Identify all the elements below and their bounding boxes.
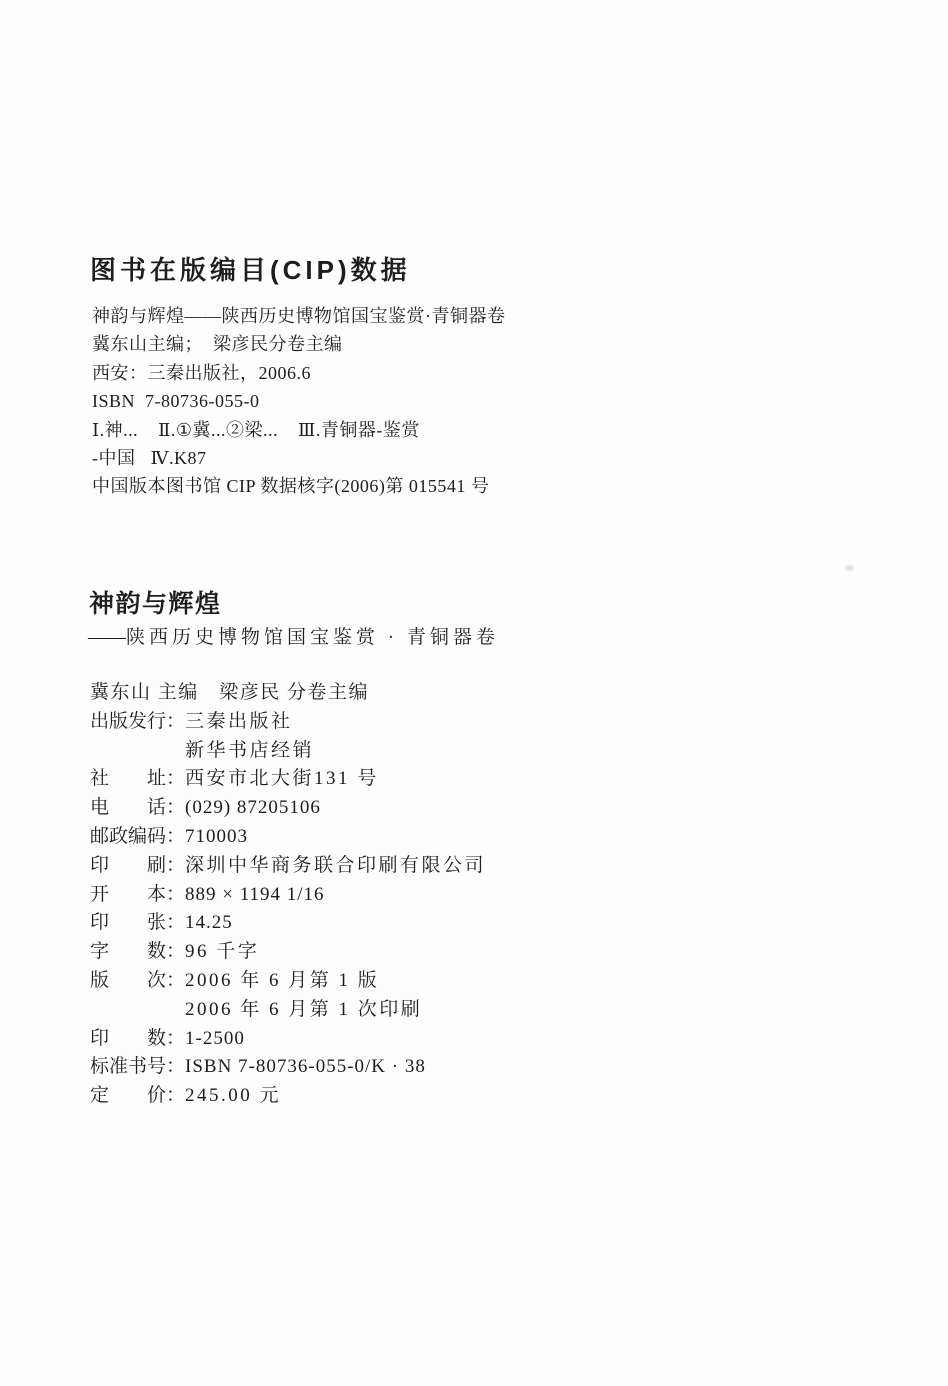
colophon-row: 新华书店经销 <box>90 737 486 766</box>
cip-line: 冀东山主编； 梁彦民分卷主编 <box>92 330 506 358</box>
colophon-row-colon: ： <box>166 967 185 996</box>
colophon-row-colon: ： <box>166 1082 185 1111</box>
colophon-row-value: 西安市北大街131 号 <box>185 768 379 789</box>
colophon-row-label: 版次 <box>90 967 166 996</box>
colophon-row-label: 印数 <box>90 1025 166 1054</box>
editors-line: 冀东山 主编 梁彦民 分卷主编 <box>90 679 486 708</box>
colophon-row-colon: ： <box>166 708 185 737</box>
colophon-row-value: 深圳中华商务联合印刷有限公司 <box>185 855 486 876</box>
colophon-row-colon: ： <box>166 765 185 794</box>
colophon-row-value: 710003 <box>185 826 248 847</box>
colophon-row-label: 标准书号 <box>90 1053 166 1082</box>
colophon-row: 印数：1-2500 <box>90 1025 486 1054</box>
colophon-row-label: 社址 <box>90 765 166 794</box>
colophon-row-colon: ： <box>166 1025 185 1054</box>
colophon-row: 出版发行：三秦出版社 <box>90 708 486 737</box>
colophon-row: 2006 年 6 月第 1 次印刷 <box>90 996 486 1025</box>
cip-line: 神韵与辉煌——陕西历史博物馆国宝鉴赏·青铜器卷 <box>92 302 506 330</box>
colophon-row-colon: ： <box>166 823 185 852</box>
colophon-row-label: 字数 <box>90 938 166 967</box>
colophon-row: 版次：2006 年 6 月第 1 版 <box>90 967 486 996</box>
subtitle-text: 陕西历史博物馆国宝鉴赏 · 青铜器卷 <box>126 627 499 648</box>
colophon-row-colon: ： <box>166 794 185 823</box>
colophon-row-colon: ： <box>166 938 185 967</box>
colophon-row: 标准书号：ISBN 7-80736-055-0/K · 38 <box>90 1053 486 1082</box>
cip-line: 西安：三秦出版社，2006.6 <box>92 359 506 387</box>
subtitle-dash: —— <box>88 627 126 648</box>
cip-header: 图书在版编目(CIP)数据 <box>90 250 411 287</box>
colophon-row-value: ISBN 7-80736-055-0/K · 38 <box>185 1056 426 1077</box>
colophon-row-value: 2006 年 6 月第 1 版 <box>185 970 379 991</box>
book-subtitle: ——陕西历史博物馆国宝鉴赏 · 青铜器卷 <box>88 622 499 649</box>
colophon-row-colon: ： <box>166 1053 185 1082</box>
colophon-row-value: 1-2500 <box>185 1028 245 1049</box>
colophon-row-value: 96 千字 <box>185 941 259 962</box>
colophon-row: 印张：14.25 <box>90 909 486 938</box>
book-title: 神韵与辉煌 <box>89 584 222 620</box>
colophon-row-value: 14.25 <box>185 912 233 933</box>
colophon-row: 社址：西安市北大街131 号 <box>90 765 486 794</box>
cip-line: ISBN 7-80736-055-0 <box>92 387 506 415</box>
colophon-row: 电话：(029) 87205106 <box>90 794 486 823</box>
colophon-row-value: 245.00 元 <box>185 1085 281 1106</box>
page-speck <box>845 565 854 571</box>
colophon-row: 字数：96 千字 <box>90 938 486 967</box>
colophon-row: 邮政编码：710003 <box>90 823 486 852</box>
colophon: 冀东山 主编 梁彦民 分卷主编 出版发行：三秦出版社新华书店经销社址：西安市北大… <box>90 679 486 1111</box>
colophon-row-value: 新华书店经销 <box>185 740 314 761</box>
colophon-row-label: 开本 <box>90 881 166 910</box>
colophon-rows: 出版发行：三秦出版社新华书店经销社址：西安市北大街131 号电话：(029) 8… <box>90 708 486 1111</box>
cip-line: -中国 Ⅳ.K87 <box>92 444 506 472</box>
colophon-row-value: 889 × 1194 1/16 <box>185 884 325 905</box>
colophon-row-label: 电话 <box>90 794 166 823</box>
colophon-row-colon: ： <box>166 909 185 938</box>
colophon-row-value: 2006 年 6 月第 1 次印刷 <box>185 999 422 1020</box>
colophon-row-label: 邮政编码 <box>90 823 166 852</box>
colophon-row-label: 印刷 <box>90 852 166 881</box>
colophon-row-colon: ： <box>166 852 185 881</box>
colophon-row-label: 出版发行 <box>90 708 166 737</box>
colophon-row-colon: ： <box>166 881 185 910</box>
colophon-row: 印刷：深圳中华商务联合印刷有限公司 <box>90 852 486 881</box>
colophon-row: 开本：889 × 1194 1/16 <box>90 881 486 910</box>
colophon-row-value: 三秦出版社 <box>185 711 293 732</box>
colophon-row-value: (029) 87205106 <box>185 797 321 818</box>
cip-block: 神韵与辉煌——陕西历史博物馆国宝鉴赏·青铜器卷冀东山主编； 梁彦民分卷主编西安：… <box>92 302 506 501</box>
cip-line: 中国版本图书馆 CIP 数据核字(2006)第 015541 号 <box>92 472 506 500</box>
cip-line: Ⅰ.神... Ⅱ.①冀...②梁... Ⅲ.青铜器-鉴赏 <box>92 416 506 444</box>
colophon-row-label: 印张 <box>90 909 166 938</box>
colophon-row: 定价：245.00 元 <box>90 1082 486 1111</box>
book-copyright-page: 图书在版编目(CIP)数据 神韵与辉煌——陕西历史博物馆国宝鉴赏·青铜器卷冀东山… <box>0 0 948 1386</box>
colophon-row-label: 定价 <box>90 1082 166 1111</box>
